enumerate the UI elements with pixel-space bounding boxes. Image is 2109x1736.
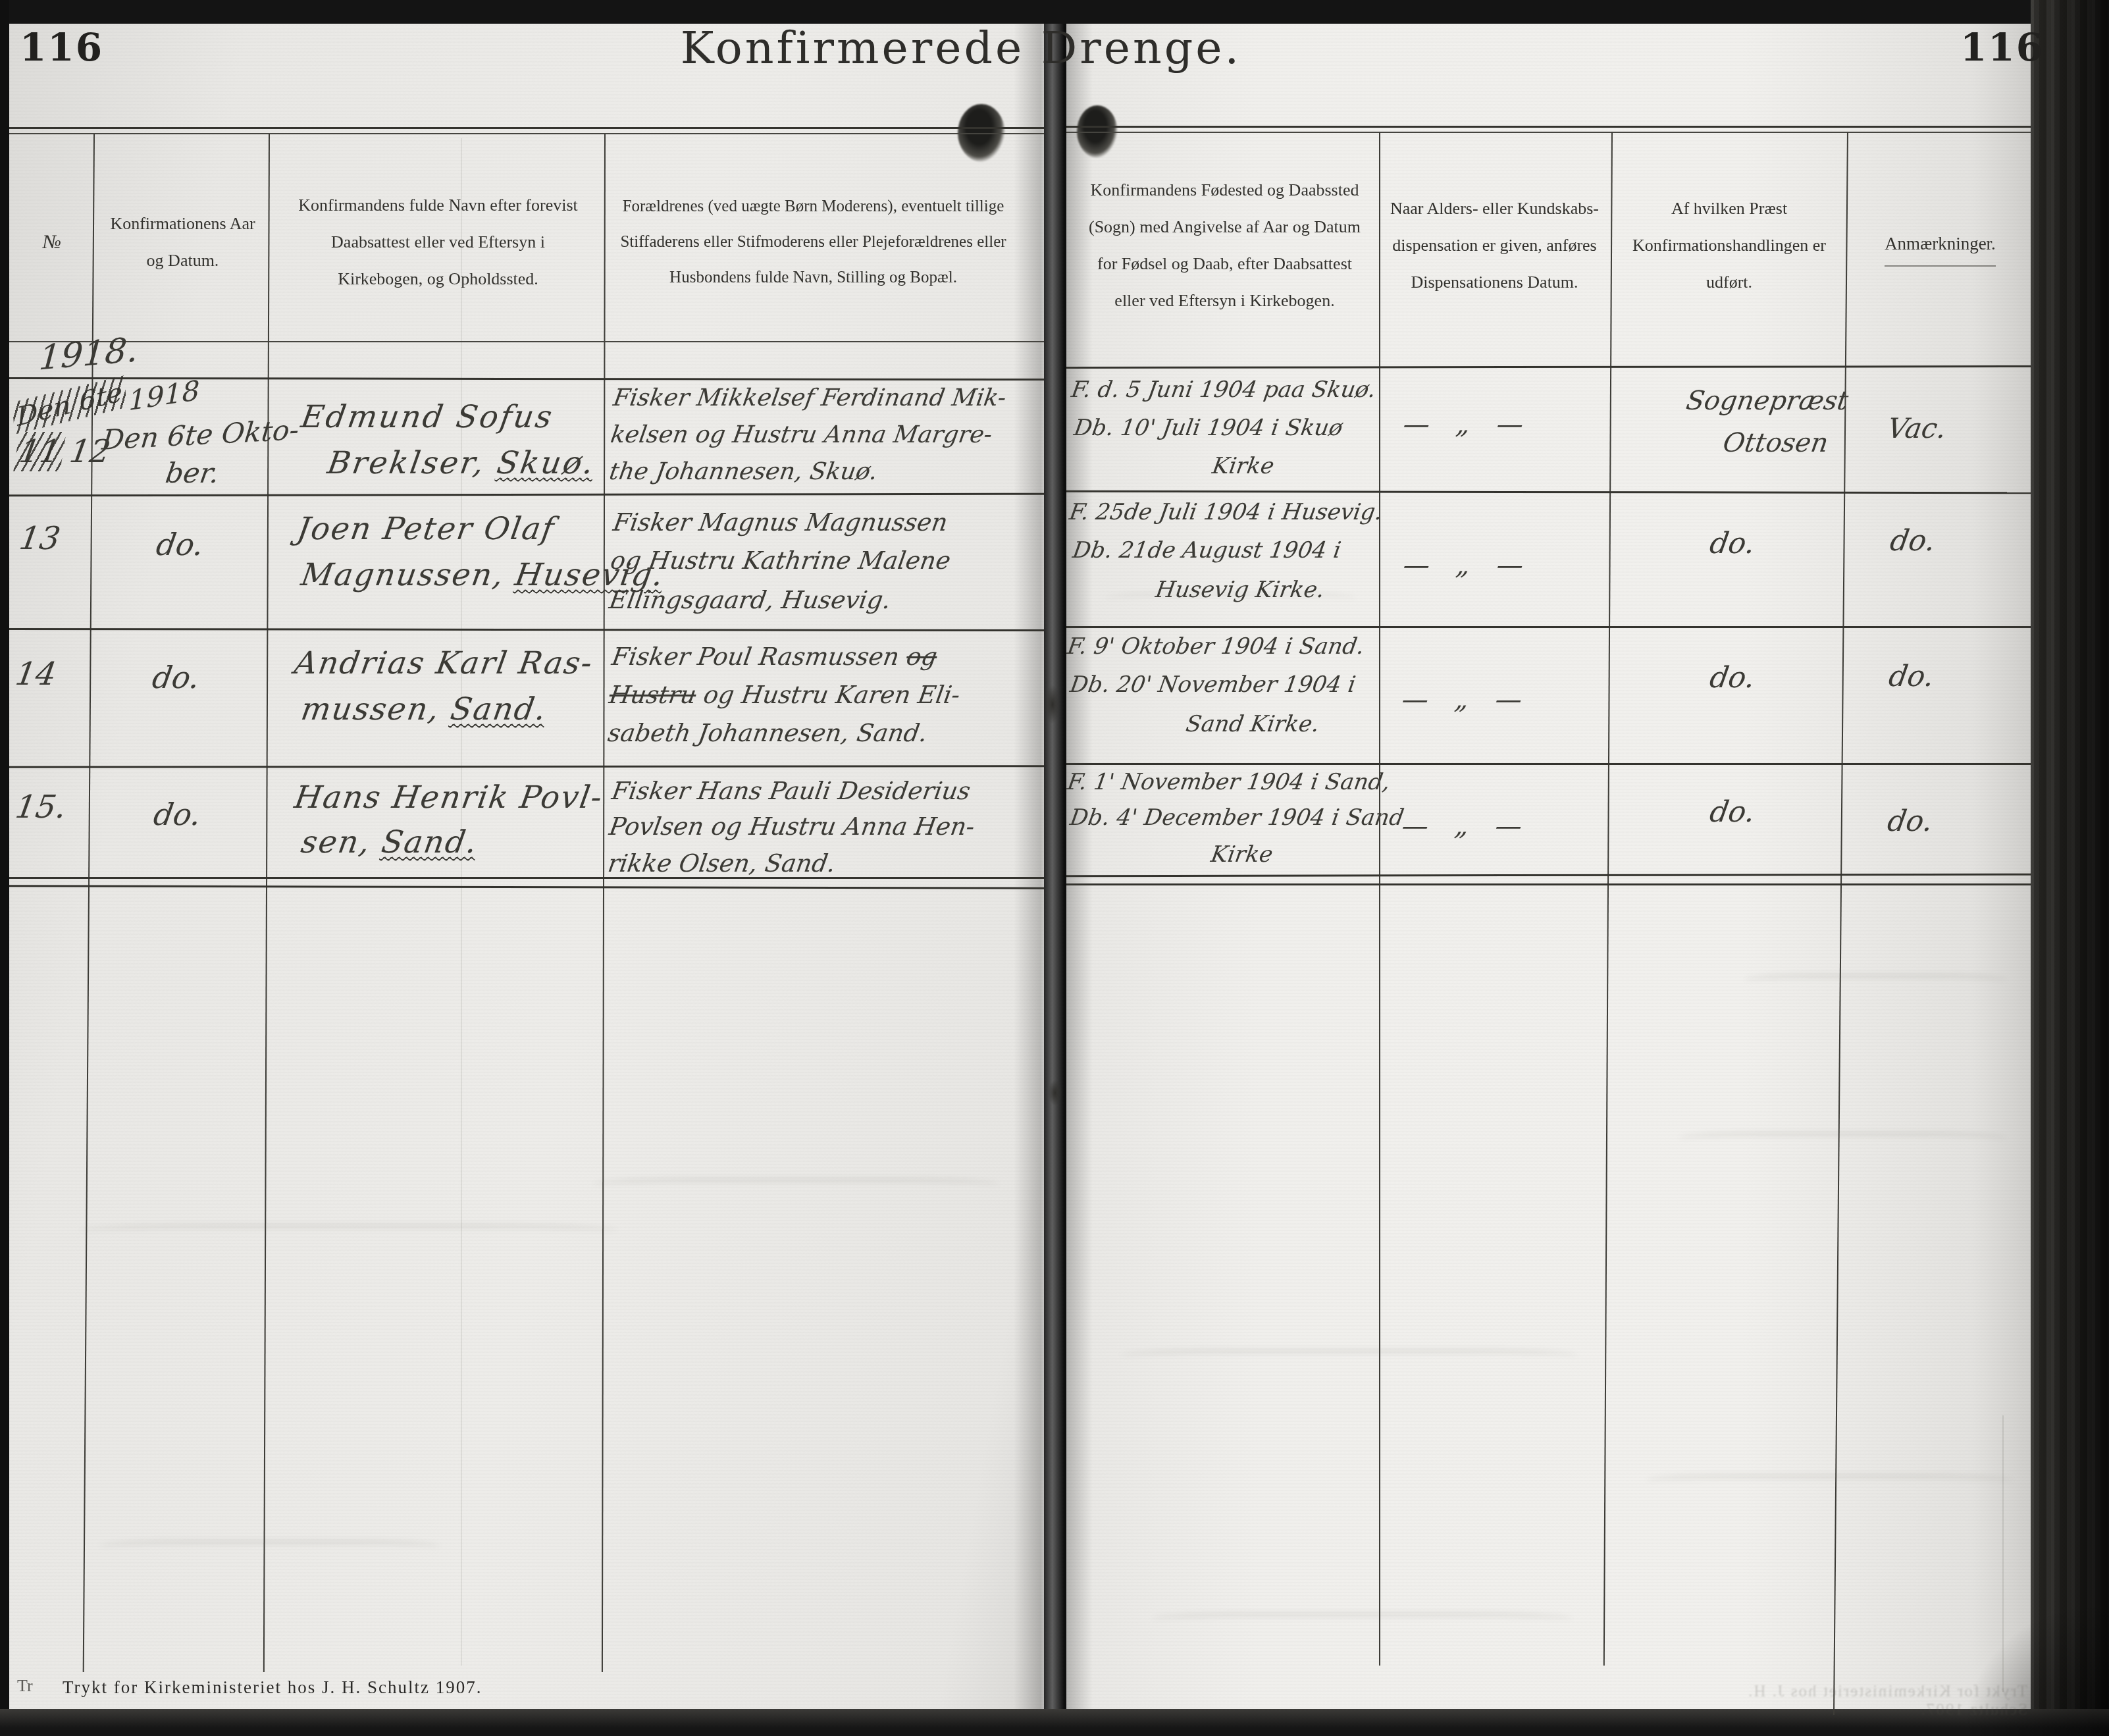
row-birth: Db. 10' Juli 1904 i Skuø	[1072, 415, 1345, 441]
row-priest: do.	[1707, 527, 1757, 560]
scanned-register-page: 116 116 Konfirmerede Drenge. № Konfirmat…	[0, 0, 2109, 1736]
bleed-smudge	[1152, 1613, 1573, 1625]
bleed-column-rule	[2002, 1415, 2004, 1692]
bleed-smudge	[1679, 1132, 2008, 1145]
bleed-smudge	[1106, 592, 1356, 605]
row-name: Hans Henrik Povl-	[292, 779, 606, 816]
row-date: do.	[154, 527, 207, 562]
row-name: mussen, Sand.	[299, 691, 550, 727]
bleed-smudge	[1646, 1475, 2014, 1487]
row-birth: Db. 20' November 1904 i	[1068, 671, 1357, 698]
row-parents: the Johannesen, Skuø.	[608, 458, 879, 485]
row-parents: Hustru og Hustru Karen Eli-	[608, 681, 962, 709]
row-parents: Fisker Magnus Magnussen	[612, 508, 950, 537]
bleed-smudge	[79, 1224, 619, 1237]
row-remarks: Vac.	[1885, 412, 1948, 444]
bleed-smudge	[592, 1178, 1001, 1191]
row-birth: Kirke	[1211, 453, 1276, 479]
row-dispensation: — „ —	[1401, 409, 1534, 440]
row-parents: sabeth Johannesen, Sand.	[606, 719, 929, 747]
row-parents: rikke Olsen, Sand.	[606, 849, 838, 878]
row-name: sen, Sand.	[299, 824, 481, 860]
header-birth: Konfirmandens Fødested og Daabssted (Sog…	[1085, 144, 1365, 348]
row-parents: og Hustru Kathrine Malene	[609, 546, 953, 575]
row-no: 15.	[13, 789, 69, 826]
header-dispensation: Naar Alders- eller Kundskabs-dispensatio…	[1388, 144, 1601, 348]
printer-footer: Trykt for Kirkeministeriet hos J. H. Sch…	[63, 1677, 482, 1698]
row-dispensation: — „ —	[1399, 685, 1533, 715]
row-name: Andrias Karl Ras-	[292, 645, 596, 681]
footer-bleed: Trykt for Kirkeministeriet hos J. H. Sch…	[1685, 1683, 2027, 1720]
header-priest: Af hvilken Præst Konfirmationshandlingen…	[1621, 144, 1838, 348]
page-number-right: 116	[1960, 25, 2044, 70]
row-birth: F. 25de Juli 1904 i Husevig.	[1068, 499, 1384, 525]
row-remarks: do.	[1888, 524, 1938, 558]
row-no: 11 12	[17, 433, 113, 470]
table-rule	[1066, 126, 2031, 128]
bleed-smudge	[99, 1540, 441, 1553]
row-remarks: do.	[1887, 660, 1937, 693]
table-rule	[9, 127, 1044, 129]
row-rule	[1066, 763, 2031, 765]
row-parents: Ellingsgaard, Husevig.	[608, 586, 893, 614]
column-rule-birth	[1379, 132, 1380, 1666]
row-dispensation: — „ —	[1399, 811, 1533, 841]
row-birth: Sand Kirke.	[1184, 711, 1321, 737]
table-rule	[9, 133, 1044, 134]
row-parents: Fisker Poul Rasmussen og	[610, 643, 939, 671]
row-birth: F. d. 5 Juni 1904 paa Skuø.	[1070, 377, 1378, 403]
row-name: Breklser, Skuø.	[325, 445, 598, 481]
closing-rule	[1066, 883, 2031, 885]
row-parents: Povlsen og Hustru Anna Hen-	[608, 812, 977, 841]
ink-blot	[1048, 1080, 1062, 1106]
row-priest: Sognepræst	[1684, 386, 1850, 416]
header-date: Konfirmationens Aar og Datum.	[105, 144, 260, 341]
row-name: Joen Peter Olaf	[295, 511, 558, 547]
row-rule	[1066, 626, 2031, 628]
header-no: №	[13, 144, 91, 341]
row-priest: Ottosen	[1721, 428, 1830, 458]
row-date: ber.	[163, 457, 221, 489]
row-dispensation: — „ —	[1401, 550, 1534, 581]
row-no: 14	[13, 656, 59, 693]
row-name: Edmund Sofus	[299, 399, 557, 435]
row-no: 13	[17, 520, 63, 557]
page-stack-edge	[2031, 0, 2109, 1736]
row-parents: Fisker Mikkelsef Ferdinand Mik-	[612, 384, 1008, 411]
row-birth: Db. 4' December 1904 i Sand	[1068, 804, 1406, 831]
bleed-smudge	[1744, 974, 2008, 987]
scan-left-edge	[0, 0, 9, 1736]
scan-top-band	[0, 0, 2109, 24]
header-remarks: Anmærkninger.	[1856, 144, 2024, 348]
table-rule	[9, 341, 1044, 342]
header-name: Konfirmandens fulde Navn efter forevist …	[288, 144, 588, 341]
row-priest: do.	[1707, 661, 1757, 695]
page-number-left: 116	[20, 25, 103, 70]
row-birth: F. 1' November 1904 i Sand,	[1066, 769, 1392, 795]
footer-fragment: Tr	[17, 1676, 33, 1696]
bleed-smudge	[1119, 1350, 1580, 1362]
row-parents: kelsen og Hustru Anna Margre-	[609, 421, 995, 448]
table-rule	[1066, 132, 2031, 133]
row-birth: Kirke	[1209, 841, 1275, 868]
row-parents: Fisker Hans Pauli Desiderius	[610, 777, 973, 805]
bleed-column-rule	[461, 138, 462, 1666]
header-parents: Forældrenes (ved uægte Børn Moderens), e…	[617, 144, 1009, 341]
page-title: Konfirmerede Drenge.	[658, 22, 1264, 74]
closing-rule	[9, 877, 1044, 879]
row-date: do.	[151, 797, 204, 832]
row-date: do.	[150, 660, 203, 695]
row-remarks: do.	[1885, 804, 1935, 838]
row-priest: do.	[1707, 795, 1757, 829]
row-birth: Db. 21de August 1904 i	[1071, 537, 1343, 564]
row-birth: F. 9' Oktober 1904 i Sand.	[1066, 633, 1367, 660]
ink-blot	[1044, 685, 1061, 724]
